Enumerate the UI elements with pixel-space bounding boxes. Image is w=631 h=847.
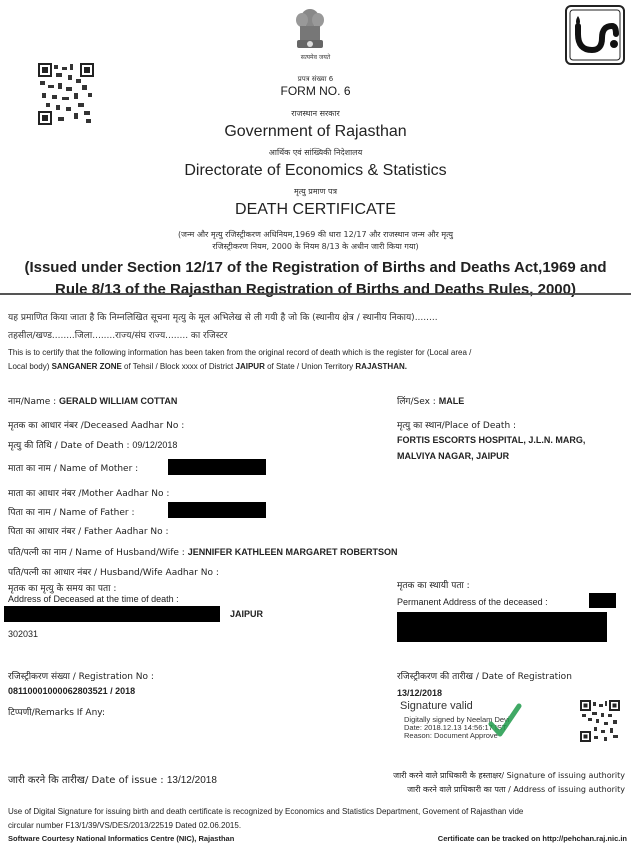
address-death-city: JAIPUR [230, 609, 263, 619]
redacted-permanent-address-2 [397, 612, 607, 642]
form-no: FORM NO. 6 [0, 84, 631, 98]
des-logo-icon [564, 4, 626, 66]
government-title: Government of Rajasthan [0, 123, 631, 141]
spouse-value: JENNIFER KATHLEEN MARGARET ROBERTSON [188, 547, 398, 557]
deceased-aadhar-label: मृतक का आधार नंबर /Deceased Aadhar No : [8, 418, 184, 431]
spouse-label: पति/पत्नी का नाम / Name of Husband/Wife … [8, 548, 188, 558]
date-of-death-field: मृत्यु की तिथि / Date of Death : 09/12/2… [8, 438, 177, 451]
issued-en-line1: (Issued under Section 12/17 of the Regis… [0, 257, 631, 279]
directorate-title: Directorate of Economics & Statistics [0, 162, 631, 180]
intro-text: of Tehsil / Block xxxx of District [122, 362, 236, 371]
gov-hi: राजस्थान सरकार [0, 108, 631, 119]
intro-hi-line2: तहसील/खण्ड........जिला........राज्य/संघ … [8, 328, 227, 341]
software-courtesy: Software Courtesy National Informatics C… [8, 832, 234, 846]
address-death-en: Address of Deceased at the time of death… [8, 594, 179, 604]
name-value: GERALD WILLIAM COTTAN [59, 396, 177, 406]
divider [0, 293, 631, 295]
intro-hi-line1: यह प्रमाणित किया जाता है कि निम्नलिखित स… [8, 310, 438, 323]
intro-en: This is to certify that the following in… [8, 346, 623, 374]
redacted-permanent-address-1 [589, 593, 616, 608]
local-body: SANGANER ZONE [52, 362, 122, 371]
name-label: नाम/Name : [8, 397, 59, 407]
intro-en-line1: This is to certify that the following in… [8, 346, 623, 360]
permanent-address-hi: मृतक का स्थायी पता : [397, 578, 470, 591]
redacted-father-name [168, 502, 266, 518]
intro-text: Local body) [8, 362, 52, 371]
state: RAJASTHAN. [355, 362, 407, 371]
footer-notice: Use of Digital Signature for issuing bir… [8, 805, 628, 833]
name-field: नाम/Name : GERALD WILLIAM COTTAN [8, 394, 177, 407]
issued-en-line2: Rule 8/13 of the Rajasthan Registration … [0, 279, 631, 301]
form-no-hi: प्रपत्र संख्या 6 [0, 75, 631, 84]
signature-of-authority: जारी करने वाले प्राधिकारी के हस्ताक्षर/ … [393, 770, 625, 781]
permanent-address-en: Permanent Address of the deceased : [397, 597, 548, 607]
intro-en-line2: Local body) SANGANER ZONE of Tehsil / Bl… [8, 360, 623, 374]
registration-date-value: 13/12/2018 [397, 688, 442, 698]
father-name-label: पिता का नाम / Name of Father : [8, 505, 135, 518]
redacted-mother-name [168, 459, 266, 475]
issued-under-hi: (जन्म और मृत्यु रजिस्ट्रीकरण अधिनियम,196… [0, 229, 631, 253]
date-of-issue-label: जारी करने कि तारीख/ Date of issue : [8, 775, 167, 786]
footer-notice-line1: Use of Digital Signature for issuing bir… [8, 805, 628, 819]
registration-date-label: रजिस्ट्रीकरण की तारीख / Date of Registra… [397, 669, 572, 682]
dod-value: 09/12/2018 [132, 440, 177, 450]
spouse-aadhar-label: पति/पत्नी का आधार नंबर / Husband/Wife Aa… [8, 565, 219, 578]
sex-value: MALE [439, 396, 465, 406]
redacted-address-death [4, 606, 220, 622]
father-aadhar-label: पिता का आधार नंबर / Father Aadhar No : [8, 524, 169, 537]
tracking-link[interactable]: Certificate can be tracked on http://peh… [438, 832, 627, 846]
certificate-hi: मृत्यु प्रमाण पत्र [0, 186, 631, 197]
directorate-hi: आर्थिक एवं सांख्यिकी निदेशालय [0, 147, 631, 158]
place-of-death-label: मृत्यु का स्थान/Place of Death : [397, 418, 516, 431]
address-of-authority: जारी करने वाले प्राधिकारी का पता / Addre… [407, 784, 625, 795]
sex-label: लिंग/Sex : [397, 397, 439, 407]
emblem-caption: सत्यमेव जयते [0, 53, 631, 61]
footer-notice-line2: circular number F13/1/39/VS/DES/2013/225… [8, 819, 628, 833]
qr-code-icon [580, 700, 620, 742]
place-of-death-line2: MALVIYA NAGAR, JAIPUR [397, 451, 509, 461]
remarks-label: टिप्पणी/Remarks If Any: [8, 705, 105, 718]
issued-hi-line2: रजिस्ट्रीकरण नियम, 2000 के नियम 8/13 के … [0, 241, 631, 253]
intro-text: of State / Union Territory [265, 362, 356, 371]
issued-hi-line1: (जन्म और मृत्यु रजिस्ट्रीकरण अधिनियम,196… [0, 229, 631, 241]
place-of-death-line1: FORTIS ESCORTS HOSPITAL, J.L.N. MARG, [397, 435, 585, 445]
spouse-field: पति/पत्नी का नाम / Name of Husband/Wife … [8, 545, 398, 558]
address-death-hi: मृतक का मृत्यु के समय का पता : [8, 581, 116, 594]
address-death-pin: 302031 [8, 629, 38, 639]
date-of-issue-field: जारी करने कि तारीख/ Date of issue : 13/1… [8, 772, 217, 786]
registration-no-value: 08110001000062803521 / 2018 [8, 686, 135, 696]
district: JAIPUR [236, 362, 265, 371]
certificate-title: DEATH CERTIFICATE [0, 201, 631, 219]
registration-no-label: रजिस्ट्रीकरण संख्या / Registration No : [8, 669, 154, 682]
dod-label: मृत्यु की तिथि / Date of Death : [8, 441, 132, 451]
mother-name-label: माता का नाम / Name of Mother : [8, 461, 138, 474]
checkmark-icon [488, 702, 522, 738]
mother-aadhar-label: माता का आधार नंबर /Mother Aadhar No : [8, 486, 169, 499]
sex-field: लिंग/Sex : MALE [397, 394, 464, 407]
date-of-issue-value: 13/12/2018 [167, 775, 217, 786]
